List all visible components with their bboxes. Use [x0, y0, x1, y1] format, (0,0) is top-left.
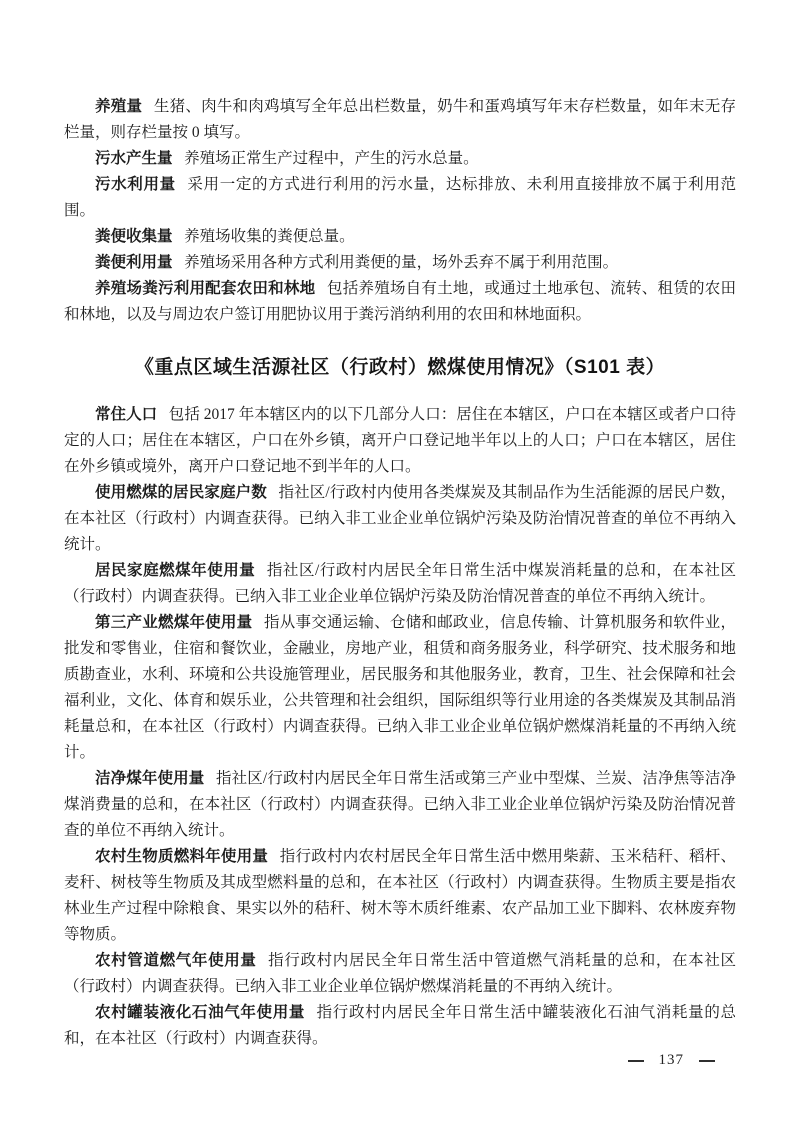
definition-paragraph: 农村生物质燃料年使用量指行政村内农村居民全年日常生活中燃用柴薪、玉米秸秆、稻杆、…: [64, 844, 736, 948]
definition-paragraph: 第三产业燃煤年使用量指从事交通运输、仓储和邮政业，信息传输、计算机服务和软件业，…: [64, 610, 736, 766]
definition-paragraph: 粪便收集量养殖场收集的粪便总量。: [64, 224, 736, 250]
definition-term: 污水利用量: [95, 176, 176, 193]
page-number: 137: [659, 1052, 685, 1069]
definition-text: 养殖场采用各种方式利用粪便的量，场外丢弃不属于利用范围。: [184, 254, 618, 271]
definition-paragraph: 养殖量生猪、肉牛和肉鸡填写全年总出栏数量，奶牛和蛋鸡填写年末存栏数量，如年末无存…: [64, 94, 736, 146]
definition-paragraph: 居民家庭燃煤年使用量指社区/行政村内居民全年日常生活中煤炭消耗量的总和，在本社区…: [64, 558, 736, 610]
document-page: 养殖量生猪、肉牛和肉鸡填写全年总出栏数量，奶牛和蛋鸡填写年末存栏数量，如年末无存…: [0, 0, 800, 1131]
definition-term: 农村罐装液化石油气年使用量: [95, 1004, 305, 1021]
definition-term: 第三产业燃煤年使用量: [95, 614, 252, 631]
definition-paragraph: 洁净煤年使用量指社区/行政村内居民全年日常生活或第三产业中型煤、兰炭、洁净焦等洁…: [64, 766, 736, 844]
definition-text: 包括 2017 年本辖区内的以下几部分人口：居住在本辖区，户口在本辖区或者户口待…: [64, 406, 736, 475]
definition-term: 粪便收集量: [95, 228, 173, 245]
section-title: 《重点区域生活源社区（行政村）燃煤使用情况》（S101 表）: [64, 354, 736, 382]
definition-paragraph: 养殖场粪污利用配套农田和林地包括养殖场自有土地，或通过土地承包、流转、租赁的农田…: [64, 276, 736, 328]
definition-term: 粪便利用量: [95, 254, 173, 271]
definition-paragraph: 污水产生量养殖场正常生产过程中，产生的污水总量。: [64, 146, 736, 172]
definition-term: 常住人口: [95, 406, 157, 423]
footer-dash-right: [699, 1060, 715, 1062]
definition-term: 使用燃煤的居民家庭户数: [95, 484, 267, 501]
page-content: 养殖量生猪、肉牛和肉鸡填写全年总出栏数量，奶牛和蛋鸡填写年末存栏数量，如年末无存…: [64, 94, 736, 1052]
definition-paragraph: 污水利用量采用一定的方式进行利用的污水量，达标排放、未利用直接排放不属于利用范围…: [64, 172, 736, 224]
definition-paragraph: 农村管道燃气年使用量指行政村内居民全年日常生活中管道燃气消耗量的总和，在本社区（…: [64, 948, 736, 1000]
definition-text: 养殖场正常生产过程中，产生的污水总量。: [184, 150, 479, 167]
definition-text: 生猪、肉牛和肉鸡填写全年总出栏数量，奶牛和蛋鸡填写年末存栏数量，如年末无存栏量，…: [64, 98, 736, 141]
definition-paragraph: 常住人口包括 2017 年本辖区内的以下几部分人口：居住在本辖区，户口在本辖区或…: [64, 402, 736, 480]
definition-term: 洁净煤年使用量: [95, 770, 204, 787]
definition-term: 居民家庭燃煤年使用量: [95, 562, 255, 579]
definition-term: 污水产生量: [95, 150, 173, 167]
definition-term: 农村管道燃气年使用量: [95, 952, 257, 969]
definition-paragraph: 粪便利用量养殖场采用各种方式利用粪便的量，场外丢弃不属于利用范围。: [64, 250, 736, 276]
definition-text: 养殖场收集的粪便总量。: [184, 228, 355, 245]
definition-paragraph: 农村罐装液化石油气年使用量指行政村内居民全年日常生活中罐装液化石油气消耗量的总和…: [64, 1000, 736, 1052]
definition-text: 指从事交通运输、仓储和邮政业，信息传输、计算机服务和软件业，批发和零售业，住宿和…: [64, 614, 736, 761]
definition-term: 养殖量: [95, 98, 142, 115]
definition-term: 农村生物质燃料年使用量: [95, 848, 268, 865]
page-footer: 137: [628, 1052, 716, 1069]
definition-paragraph: 使用燃煤的居民家庭户数指社区/行政村内使用各类煤炭及其制品作为生活能源的居民户数…: [64, 480, 736, 558]
footer-dash-left: [628, 1060, 644, 1062]
definition-term: 养殖场粪污利用配套农田和林地: [95, 280, 315, 297]
